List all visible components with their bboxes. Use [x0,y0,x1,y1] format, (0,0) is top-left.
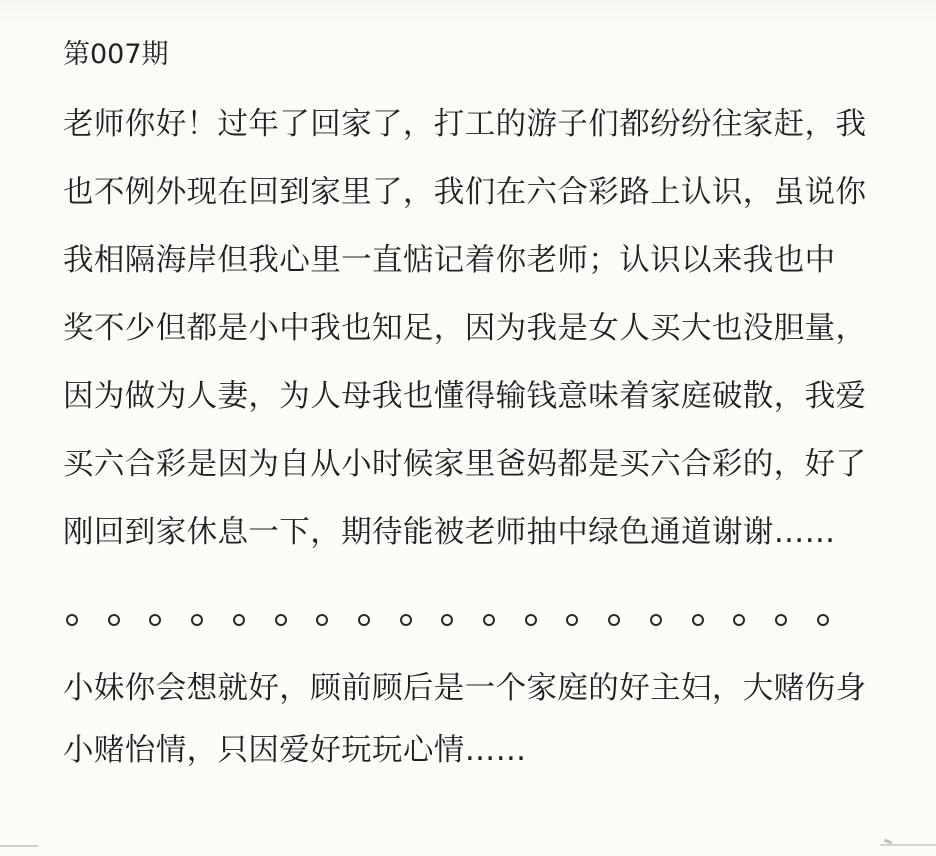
separator-circle-icon [191,614,203,626]
letter-line: 老师你好！过年了回家了，打工的游子们都纷纷往家赶，我 [63,104,883,172]
separator-circle-icon [775,614,787,626]
document-page: 第007期 老师你好！过年了回家了，打工的游子们都纷纷往家赶，我 也不例外现在回… [0,0,936,856]
separator-circle-icon [149,614,161,626]
separator-circle-icon [441,614,453,626]
letter-line: 奖不少但都是小中我也知足，因为我是女人买大也没胆量， [63,308,883,376]
reply-line: 小妹你会想就好，顾前顾后是一个家庭的好主妇，大赌伤身 [63,668,903,730]
separator-circle-icon [525,614,537,626]
separator-circle-icon [733,614,745,626]
page-edge-divider-right [880,844,936,846]
separator-circle-icon [817,614,829,626]
letter-line: 因为做为人妻，为人母我也懂得输钱意味着家庭破散，我爱 [63,376,883,444]
separator-circle-icon [692,614,704,626]
separator-circle-icon [316,614,328,626]
separator-circle-icon [233,614,245,626]
separator-circle-icon [66,614,78,626]
page-edge-divider-left [0,845,38,847]
letter-body: 老师你好！过年了回家了，打工的游子们都纷纷往家赶，我 也不例外现在回到家里了，我… [63,104,883,580]
issue-title: 第007期 [63,37,169,73]
separator-circle-icon [358,614,370,626]
reply-line: 小赌怡情，只因爱好玩玩心情…… [63,730,903,792]
letter-line: 买六合彩是因为自从小时候家里爸妈都是买六合彩的，好了 [63,444,883,512]
letter-line: 刚回到家休息一下，期待能被老师抽中绿色通道谢谢…… [63,512,883,580]
reply-body: 小妹你会想就好，顾前顾后是一个家庭的好主妇，大赌伤身 小赌怡情，只因爱好玩玩心情… [63,668,903,792]
letter-line: 我相隔海岸但我心里一直惦记着你老师；认识以来我也中 [63,240,883,308]
separator-circle-icon [608,614,620,626]
separator-circle-icon [275,614,287,626]
separator-circle-icon [566,614,578,626]
separator-circle-icon [108,614,120,626]
letter-line: 也不例外现在回到家里了，我们在六合彩路上认识，虽说你 [63,172,883,240]
separator-circle-row [66,614,846,630]
separator-circle-icon [400,614,412,626]
separator-circle-icon [483,614,495,626]
separator-circle-icon [650,614,662,626]
